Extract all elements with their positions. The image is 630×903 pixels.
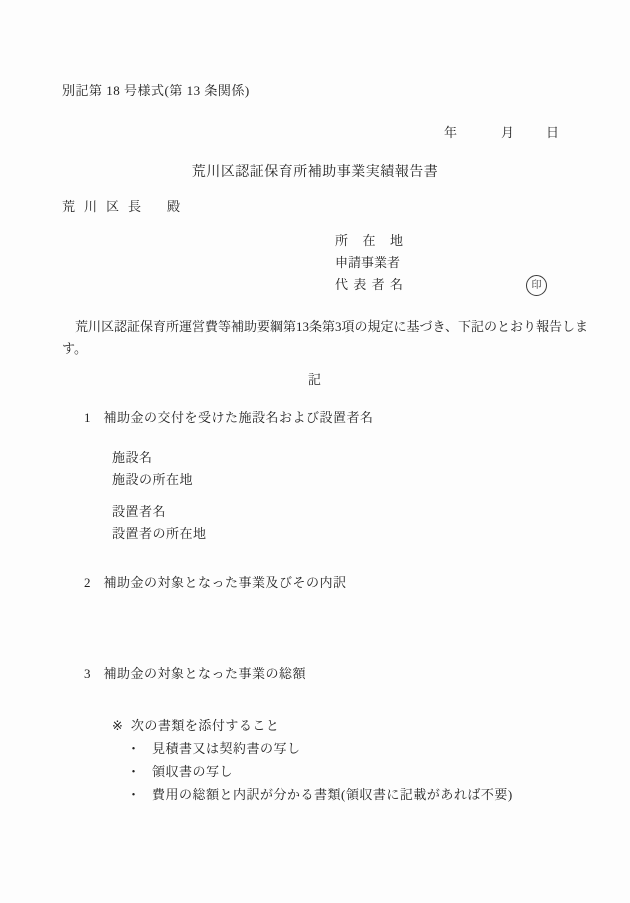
body-paragraph: 荒川区認証保育所運営費等補助要綱第13条第3項の規定に基づき、下記のとおり報告し…: [62, 316, 588, 360]
applicant-business-label: 申請事業者: [335, 252, 403, 274]
section-2-text: 補助金の対象となった事業及びその内訳: [104, 575, 347, 590]
day-label: 日: [546, 125, 559, 140]
notes-heading-row: ※次の書類を添付すること: [112, 714, 513, 737]
notes-heading-text: 次の書類を添付すること: [131, 718, 280, 733]
facility-fields: 施設名 施設の所在地: [112, 447, 193, 491]
facility-name-label: 施設名: [112, 447, 193, 469]
section-2-heading: 2補助金の対象となった事業及びその内訳: [84, 572, 347, 591]
kome-mark-icon: ※: [112, 718, 123, 733]
addressee-honorific: 殿: [167, 199, 180, 214]
applicant-address-label: 所在地: [335, 230, 403, 252]
bullet-icon: ・: [127, 783, 140, 806]
note-item-text: 費用の総額と内訳が分かる書類(領収書に記載があれば不要): [152, 787, 513, 802]
addressee: 荒川区長殿: [62, 196, 180, 215]
section-1-heading: 1補助金の交付を受けた施設名および設置者名: [84, 407, 374, 426]
month-label: 月: [501, 125, 514, 140]
facility-address-label: 施設の所在地: [112, 469, 193, 491]
note-item: ・領収書の写し: [112, 760, 513, 783]
operator-address-label: 設置者の所在地: [112, 523, 207, 545]
note-item-text: 領収書の写し: [152, 764, 233, 779]
bullet-icon: ・: [127, 737, 140, 760]
applicant-block: 所在地 申請事業者 代表者名: [335, 230, 403, 296]
operator-fields: 設置者名 設置者の所在地: [112, 501, 207, 545]
form-number: 別記第 18 号様式(第 13 条関係): [62, 80, 250, 99]
body-paragraph-line2: す。: [62, 338, 588, 360]
date-line: 年月日: [444, 122, 559, 141]
section-2-number: 2: [84, 575, 91, 590]
attachment-notes: ※次の書類を添付すること ・見積書又は契約書の写し ・領収書の写し ・費用の総額…: [112, 714, 513, 806]
addressee-name: 荒川区長: [62, 199, 150, 214]
bullet-icon: ・: [127, 760, 140, 783]
note-item: ・費用の総額と内訳が分かる書類(領収書に記載があれば不要): [112, 783, 513, 806]
note-item-text: 見積書又は契約書の写し: [152, 741, 301, 756]
section-3-text: 補助金の対象となった事業の総額: [104, 666, 307, 681]
operator-name-label: 設置者名: [112, 501, 207, 523]
document-page: 別記第 18 号様式(第 13 条関係) 年月日 荒川区認証保育所補助事業実績報…: [0, 0, 630, 903]
record-separator: 記: [0, 369, 630, 388]
body-paragraph-line1: 荒川区認証保育所運営費等補助要綱第13条第3項の規定に基づき、下記のとおり報告し…: [62, 316, 588, 338]
note-item: ・見積書又は契約書の写し: [112, 737, 513, 760]
section-1-text: 補助金の交付を受けた施設名および設置者名: [104, 410, 374, 425]
section-3-heading: 3補助金の対象となった事業の総額: [84, 663, 306, 682]
section-3-number: 3: [84, 666, 91, 681]
year-label: 年: [444, 125, 457, 140]
section-1-number: 1: [84, 410, 91, 425]
page-title: 荒川区認証保育所補助事業実績報告書: [0, 161, 630, 181]
representative-name-label: 代表者名: [335, 274, 403, 296]
inkan-seal-icon: 印: [526, 275, 547, 296]
